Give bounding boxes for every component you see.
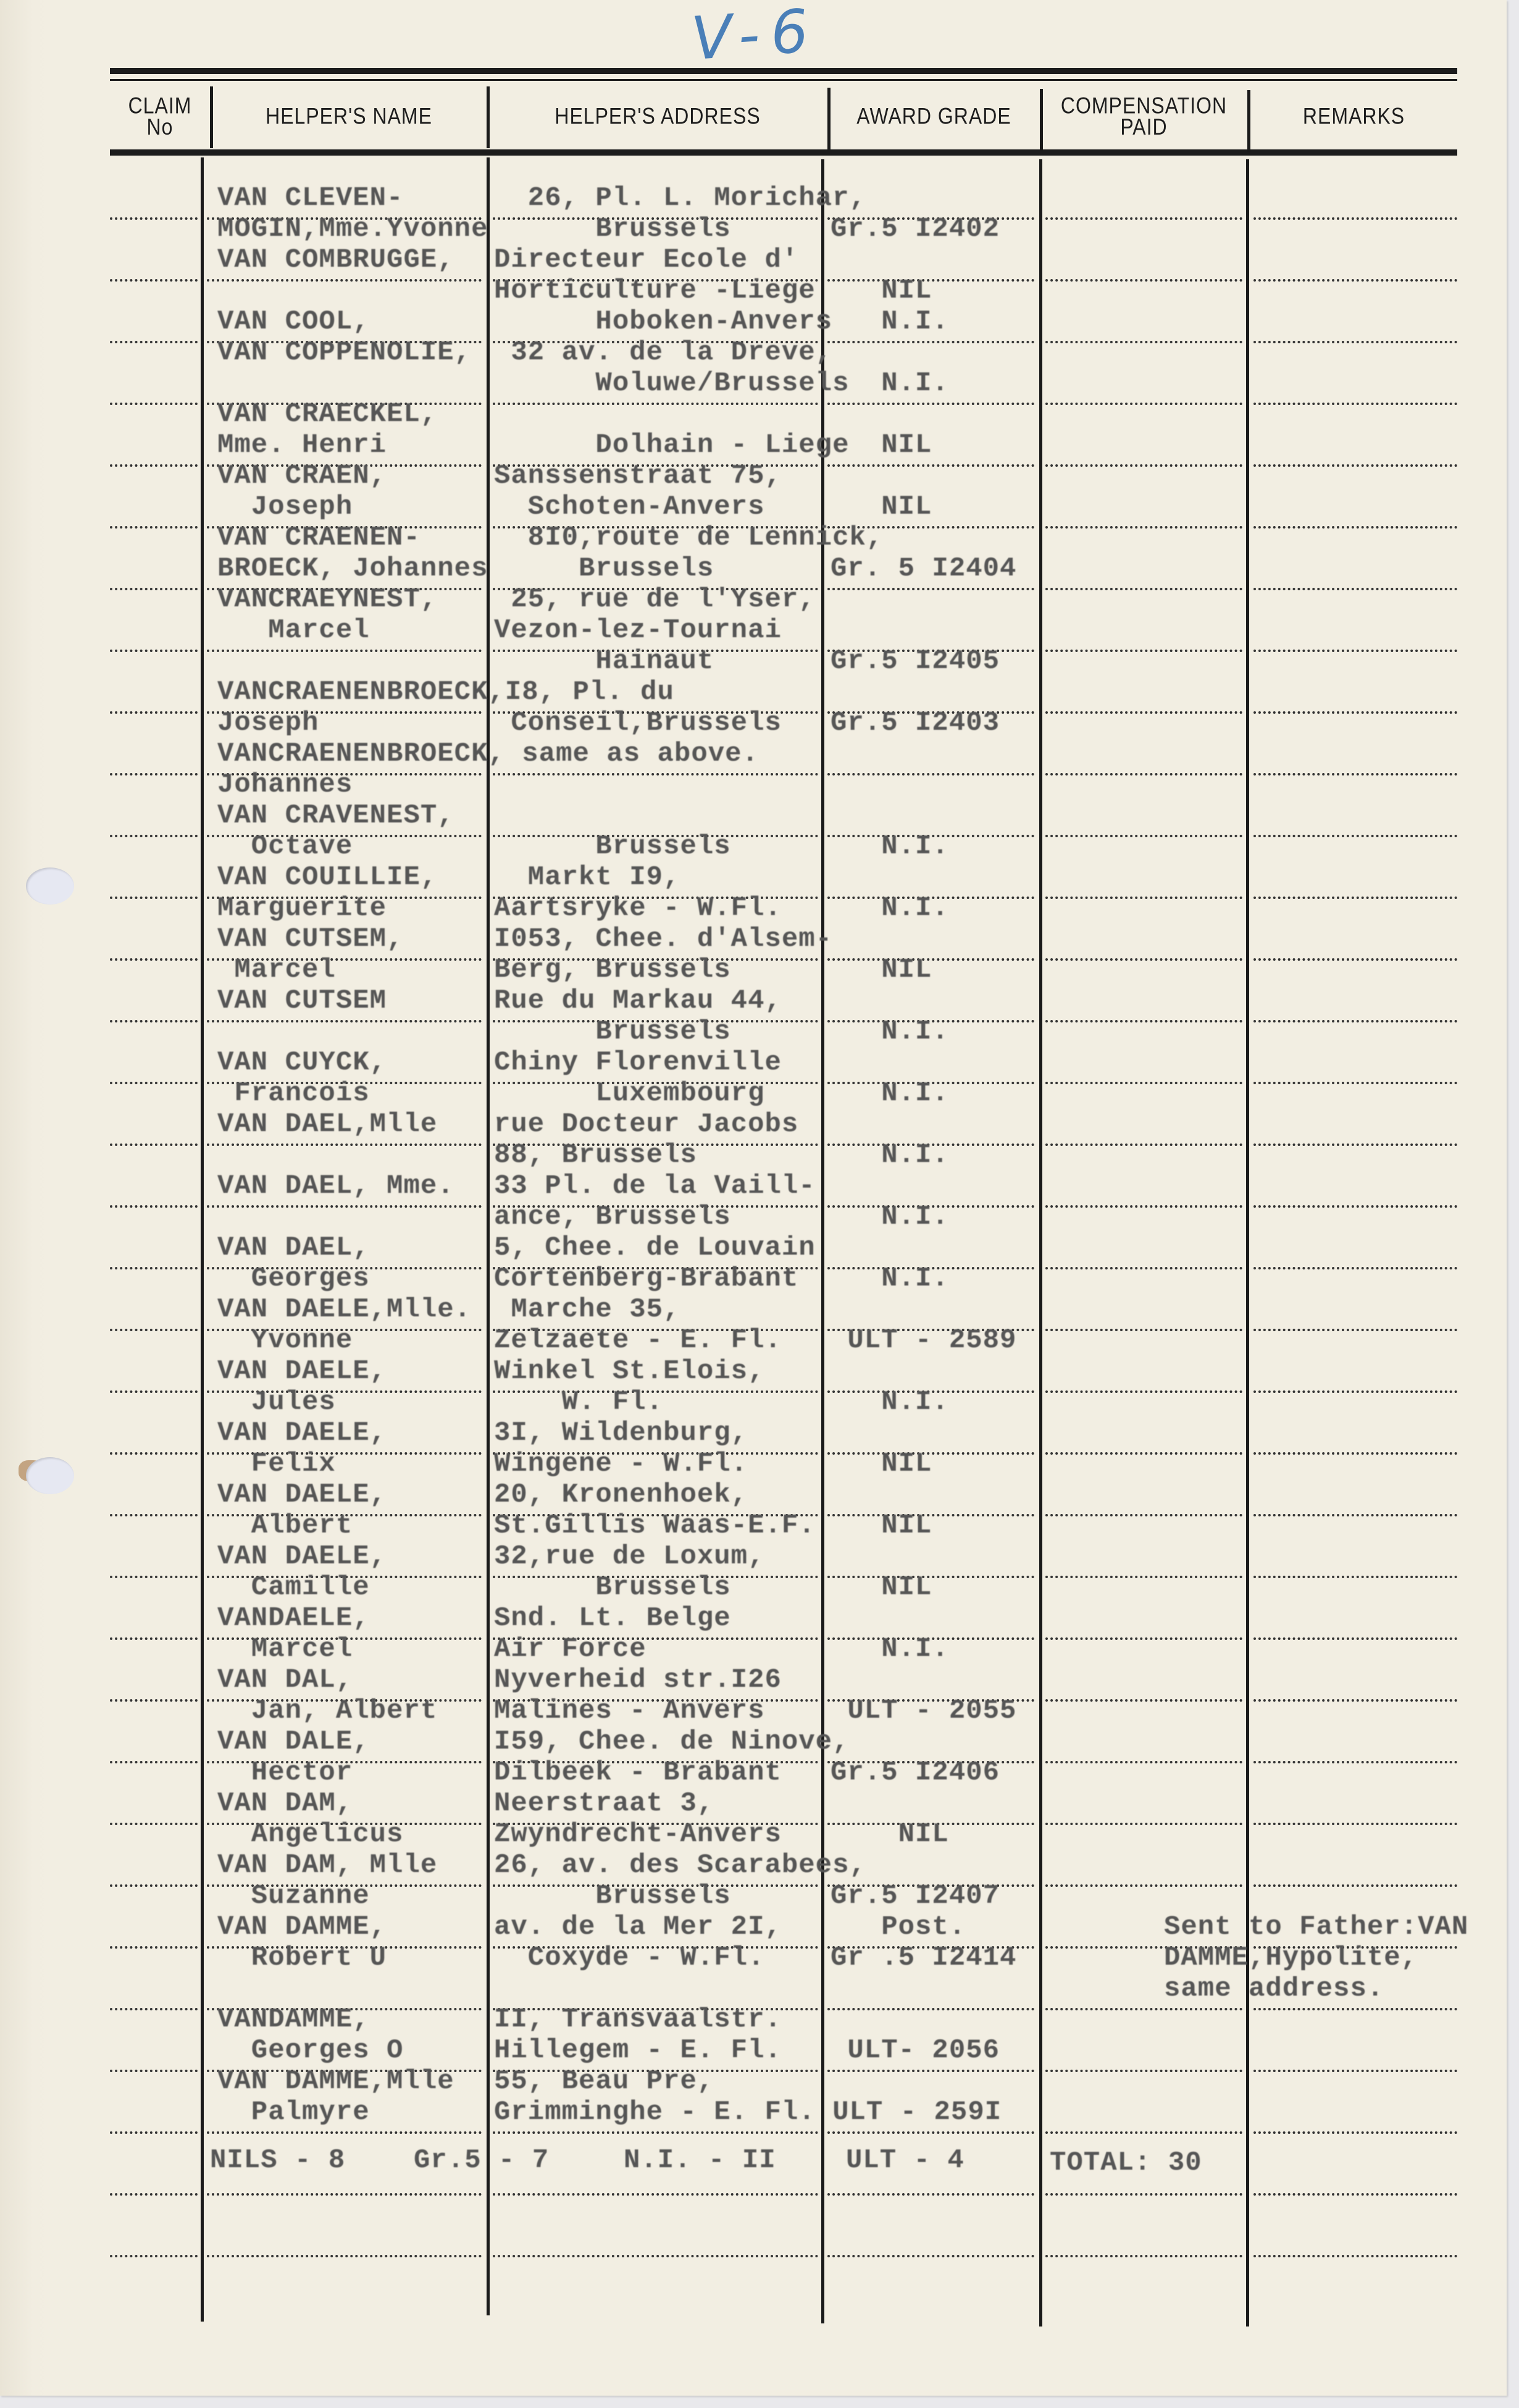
document-page: V-6 CLAIM No HELPER'S NAME HELPER'S ADDR…: [0, 0, 1507, 2396]
entry-award: Gr.5 I2407: [831, 1881, 1000, 1912]
dotted-rule: [827, 588, 1034, 590]
entry-name: VANDAMME,: [217, 2004, 370, 2035]
entry-address: 88, Brussels: [494, 1140, 697, 1171]
entry-name: Marcel: [217, 1634, 353, 1665]
entry-address: Zwyndrecht-Anvers: [494, 1819, 782, 1850]
dotted-rule: [1253, 279, 1457, 282]
dotted-rule: [1253, 773, 1457, 775]
col-header-award: AWARD GRADE: [831, 81, 1037, 152]
dotted-rule: [1253, 2070, 1457, 2072]
dotted-rule: [1045, 464, 1242, 467]
entry-name: VANDAELE,: [217, 1603, 370, 1634]
dotted-rule: [110, 1884, 198, 1887]
entry-address: Hillegem - E. Fl.: [494, 2035, 782, 2066]
entry-name: Felix: [217, 1449, 336, 1479]
entry-address: 26, Pl. L. Morichar,: [494, 183, 866, 214]
entry-name: Palmyre: [217, 2097, 370, 2128]
entry-remarks: DAMME,Hypolite,: [1164, 1942, 1418, 1973]
entry-name: Francois: [217, 1078, 370, 1109]
dotted-rule: [1045, 897, 1242, 899]
entry-name: VAN CRAEN,: [217, 461, 387, 491]
punch-hole-bottom: [26, 1457, 74, 1494]
dotted-rule: [1045, 1514, 1242, 1516]
entry-address: Winkel St.Elois,: [494, 1356, 764, 1387]
entry-name: VAN DAEL, Mme.: [217, 1171, 454, 1202]
entry-address: Zelzaete - E. Fl.: [494, 1325, 782, 1356]
col-header-claim: CLAIM No: [110, 81, 210, 152]
entry-name: Mme. Henri: [217, 430, 387, 461]
entry-address: 26, av. des Scarabees,: [494, 1850, 866, 1881]
dotted-rule: [1045, 588, 1242, 590]
entry-name: VAN CRAECKEL,: [217, 399, 437, 430]
dotted-rule: [1045, 1823, 1242, 1825]
dotted-rule: [1253, 1143, 1457, 1146]
dotted-rule: [1045, 2008, 1242, 2010]
entry-address: Malines - Anvers: [494, 1695, 764, 1726]
entry-award: Gr.5 I2406: [831, 1757, 1000, 1788]
dotted-rule: [1253, 650, 1457, 652]
entry-name: Octave: [217, 831, 353, 862]
dotted-rule: [827, 2070, 1034, 2072]
dotted-rule: [1045, 2255, 1242, 2257]
header-divider: [1040, 89, 1043, 151]
dotted-rule: [110, 526, 198, 529]
dotted-rule: [1045, 1329, 1242, 1331]
dotted-rule: [110, 1514, 198, 1516]
entry-address: Directeur Ecole d': [494, 245, 798, 275]
header-divider: [1247, 90, 1250, 152]
entry-award: Gr.5 I2405: [831, 646, 1000, 677]
entry-name: VAN COUILLIE,: [217, 862, 437, 893]
dotted-rule: [207, 650, 482, 652]
total-gr5: Gr.5 - 7: [414, 2145, 549, 2176]
dotted-rule: [1253, 217, 1457, 220]
entry-name: VAN COPPENOLIE,: [217, 337, 471, 368]
entry-name: Joseph: [217, 491, 353, 522]
entry-address: Cortenberg-Brabant: [494, 1263, 798, 1294]
entry-award: N.I.: [831, 1634, 949, 1665]
dotted-rule: [110, 773, 198, 775]
total-ult: ULT - 4: [846, 2145, 965, 2176]
entry-address: Brussels: [494, 1572, 731, 1603]
dotted-rule: [110, 1576, 198, 1578]
dotted-rule: [1045, 1637, 1242, 1640]
entry-name: VAN DAM,: [217, 1788, 353, 1819]
entry-award: NIL: [831, 275, 932, 306]
entry-address: Nyverheid str.I26: [494, 1665, 782, 1695]
paper-edge-shading: [0, 0, 56, 2396]
entry-award: NIL: [831, 1449, 932, 1479]
dotted-rule: [110, 1143, 198, 1146]
entry-address: rue Docteur Jacobs: [494, 1109, 798, 1140]
entry-address: Brussels: [494, 1016, 731, 1047]
entry-award: NIL: [831, 1510, 932, 1541]
handwritten-page-number: V-6: [689, 0, 821, 73]
entry-address: Schoten-Anvers: [494, 491, 764, 522]
dotted-rule: [1045, 650, 1242, 652]
dotted-rule: [1045, 1267, 1242, 1269]
entry-name: Jan, Albert: [217, 1695, 437, 1726]
dotted-rule: [1253, 1637, 1457, 1640]
entry-address: 55, Beau Pre,: [494, 2066, 714, 2097]
entry-remarks: Sent to Father:VAN: [1164, 1912, 1468, 1942]
col-header-address: HELPER'S ADDRESS: [491, 81, 824, 152]
entry-address: 32 av. de la Dreve,: [494, 337, 832, 368]
entry-address: 3I, Wildenburg,: [494, 1418, 748, 1449]
entry-name: Angelicus: [217, 1819, 403, 1850]
entry-name: VAN CUTSEM: [217, 985, 387, 1016]
dotted-rule: [110, 588, 198, 590]
dotted-rule: [1253, 1884, 1457, 1887]
dotted-rule: [1253, 403, 1457, 405]
entry-address: Air Force: [494, 1634, 647, 1665]
entry-address: Snd. Lt. Belge: [494, 1603, 731, 1634]
dotted-rule: [1045, 1205, 1242, 1208]
dotted-rule: [1045, 1020, 1242, 1022]
entry-name: VAN DAMME,: [217, 1912, 387, 1942]
dotted-rule: [110, 650, 198, 652]
dotted-rule: [827, 773, 1034, 775]
dotted-rule: [493, 2255, 818, 2257]
dotted-rule: [207, 2131, 482, 2134]
body-divider-claim-name: [201, 157, 204, 2322]
entry-address: Luxembourg: [494, 1078, 764, 1109]
dotted-rule: [110, 1761, 198, 1763]
entry-address: Neerstraat 3,: [494, 1788, 714, 1819]
entry-name: Camille: [217, 1572, 370, 1603]
entry-address: Brussels: [494, 831, 731, 862]
dotted-rule: [827, 2008, 1034, 2010]
entry-address: I59, Chee. de Ninove,: [494, 1726, 850, 1757]
dotted-rule: [1045, 403, 1242, 405]
entry-award: N.I.: [831, 1140, 949, 1171]
dotted-rule: [493, 2131, 818, 2134]
entry-name: VAN DALE,: [217, 1726, 370, 1757]
entry-address: Woluwe/Brussels: [494, 368, 850, 399]
entry-address: Dilbeek - Brabant: [494, 1757, 782, 1788]
entry-address: Hainaut: [494, 646, 714, 677]
entry-name: VAN DAELE,: [217, 1479, 387, 1510]
entry-name: VANCRAENENBROECK, same as above.: [217, 738, 759, 769]
dotted-rule: [1045, 526, 1242, 529]
entry-address: Vezon-lez-Tournai: [494, 615, 782, 646]
dotted-rule: [827, 341, 1034, 343]
body-divider-name-address: [487, 157, 490, 2315]
entry-name: Jules: [217, 1387, 336, 1418]
entry-address: Wingene - W.Fl.: [494, 1449, 748, 1479]
entry-award: N.I.: [831, 1202, 949, 1232]
entry-address: 20, Kronenhoek,: [494, 1479, 748, 1510]
dotted-rule: [1253, 588, 1457, 590]
entry-address: Aartsryke - W.Fl.: [494, 893, 782, 924]
dotted-rule: [207, 1205, 482, 1208]
dotted-rule: [110, 2008, 198, 2010]
dotted-rule: [1253, 1020, 1457, 1022]
dotted-rule: [1045, 2070, 1242, 2072]
dotted-rule: [1253, 341, 1457, 343]
entry-remarks: same address.: [1164, 1973, 1384, 2004]
entry-name: VAN CRAVENEST,: [217, 800, 454, 831]
entry-award: NIL: [831, 1572, 932, 1603]
entry-name: Yvonne: [217, 1325, 353, 1356]
entry-name: Suzanne: [217, 1881, 370, 1912]
dotted-rule: [1253, 2131, 1457, 2134]
entry-award: Post.: [831, 1912, 966, 1942]
col-header-remarks: REMARKS: [1250, 81, 1457, 152]
dotted-rule: [1253, 958, 1457, 961]
entry-address: Brussels: [494, 214, 731, 245]
entry-name: Joseph: [217, 708, 319, 738]
entry-award: Gr. 5 I2404: [831, 553, 1016, 584]
dotted-rule: [110, 1020, 198, 1022]
body-divider-address-award: [821, 159, 824, 2323]
entry-award: N.I.: [831, 368, 949, 399]
dotted-rule: [110, 2255, 198, 2257]
entry-address: Marche 35,: [494, 1294, 680, 1325]
entry-award: NIL: [831, 1819, 949, 1850]
dotted-rule: [1045, 1576, 1242, 1578]
entry-name: VAN COOL,: [217, 306, 370, 337]
dotted-rule: [1253, 526, 1457, 529]
entry-award: ULT - 2589: [831, 1325, 1016, 1356]
entry-name: BROECK, Johannes: [217, 553, 488, 584]
entry-award: Gr .5 I2414: [831, 1942, 1016, 1973]
entry-award: Gr.5 I2402: [831, 214, 1000, 245]
header-top-thick-rule: [110, 68, 1457, 74]
dotted-rule: [110, 464, 198, 467]
entry-address: Brussels: [494, 553, 714, 584]
entry-name: VANCRAENENBROECK,I8, Pl. du: [217, 677, 674, 708]
dotted-rule: [110, 1823, 198, 1825]
entry-name: VAN COMBRUGGE,: [217, 245, 454, 275]
body-divider-award-comp: [1039, 159, 1042, 2326]
entry-address: Brussels: [494, 1881, 731, 1912]
entry-name: Marcel: [217, 615, 370, 646]
dotted-rule: [110, 897, 198, 899]
dotted-rule: [1253, 1452, 1457, 1455]
dotted-rule: [110, 1390, 198, 1393]
entry-name: VAN CUYCK,: [217, 1047, 387, 1078]
entry-address: Grimminghe - E. Fl. ULT - 259I: [494, 2097, 1002, 2128]
dotted-rule: [110, 1329, 198, 1331]
dotted-rule: [110, 2070, 198, 2072]
entry-name: Marguerite: [217, 893, 387, 924]
dotted-rule: [827, 2193, 1034, 2196]
entry-name: VAN DAELE,: [217, 1356, 387, 1387]
entry-name: MOGIN,Mme.Yvonne: [217, 214, 488, 245]
entry-award: ULT - 2055: [831, 1695, 1016, 1726]
dotted-rule: [827, 464, 1034, 467]
dotted-rule: [1045, 958, 1242, 961]
dotted-rule: [1045, 1143, 1242, 1146]
entry-award: N.I.: [831, 1263, 949, 1294]
entry-address: W. Fl.: [494, 1387, 663, 1418]
dotted-rule: [1253, 1514, 1457, 1516]
entry-name: Robert U: [217, 1942, 387, 1973]
dotted-rule: [493, 403, 818, 405]
entry-award: NIL: [831, 430, 932, 461]
entry-name: Marcel: [217, 955, 336, 985]
entry-award: N.I.: [831, 831, 949, 862]
entry-award: NIL: [831, 491, 932, 522]
entry-award: N.I.: [831, 1078, 949, 1109]
header-divider: [487, 86, 490, 148]
entry-address: 25, rue de l'Yser,: [494, 584, 816, 615]
total-ni: N.I. - II: [624, 2145, 776, 2176]
dotted-rule: [827, 2131, 1034, 2134]
dotted-rule: [1253, 464, 1457, 467]
dotted-rule: [110, 1082, 198, 1084]
dotted-rule: [1045, 1082, 1242, 1084]
entry-award: ULT- 2056: [831, 2035, 1000, 2066]
dotted-rule: [827, 2255, 1034, 2257]
entry-address: Markt I9,: [494, 862, 680, 893]
dotted-rule: [1045, 773, 1242, 775]
dotted-rule: [1045, 341, 1242, 343]
dotted-rule: [110, 1946, 198, 1949]
entry-address: I053, Chee. d'Alsem-: [494, 924, 832, 955]
entry-name: VAN DAELE,: [217, 1541, 387, 1572]
dotted-rule: [1045, 1884, 1242, 1887]
dotted-rule: [1045, 1452, 1242, 1455]
entry-award: N.I.: [831, 306, 949, 337]
dotted-rule: [1045, 2193, 1242, 2196]
dotted-rule: [1045, 711, 1242, 714]
dotted-rule: [1253, 1576, 1457, 1578]
entry-name: Georges: [217, 1263, 370, 1294]
dotted-rule: [207, 2255, 482, 2257]
dotted-rule: [1253, 835, 1457, 837]
dotted-rule: [110, 958, 198, 961]
dotted-rule: [110, 1205, 198, 1208]
entry-name: VANCRAEYNEST,: [217, 584, 437, 615]
dotted-rule: [1253, 1823, 1457, 1825]
dotted-rule: [207, 2193, 482, 2196]
entry-award: N.I.: [831, 1387, 949, 1418]
entry-name: VAN DAELE,Mlle.: [217, 1294, 471, 1325]
dotted-rule: [1253, 2008, 1457, 2010]
entry-name: Johannes: [217, 769, 353, 800]
dotted-rule: [1253, 1390, 1457, 1393]
dotted-rule: [110, 2193, 198, 2196]
dotted-rule: [1253, 2193, 1457, 2196]
dotted-rule: [1253, 1329, 1457, 1331]
col-header-name: HELPER'S NAME: [213, 81, 485, 152]
dotted-rule: [110, 341, 198, 343]
entry-address: ance, Brussels: [494, 1202, 731, 1232]
entry-award: NIL: [831, 955, 932, 985]
dotted-rule: [110, 217, 198, 220]
entry-address: St.Gillis Waas-E.F.: [494, 1510, 816, 1541]
dotted-rule: [1045, 835, 1242, 837]
dotted-rule: [1045, 217, 1242, 220]
header-divider: [827, 88, 831, 149]
entry-award: Gr.5 I2403: [831, 708, 1000, 738]
entry-name: VAN DAELE,: [217, 1418, 387, 1449]
dotted-rule: [493, 773, 818, 775]
entry-name: VAN DAEL,: [217, 1232, 370, 1263]
entry-address: 32,rue de Loxum,: [494, 1541, 764, 1572]
entry-award: N.I.: [831, 1016, 949, 1047]
entry-name: VAN DAL,: [217, 1665, 353, 1695]
dotted-rule: [1253, 1267, 1457, 1269]
entry-name: Hector: [217, 1757, 353, 1788]
col-header-compensation: COMPENSATION PAID: [1044, 81, 1244, 152]
dotted-rule: [1045, 2131, 1242, 2134]
dotted-rule: [827, 403, 1034, 405]
entry-name: VAN CLEVEN-: [217, 183, 403, 214]
entry-name: VAN CRAENEN-: [217, 522, 421, 553]
dotted-rule: [110, 835, 198, 837]
dotted-rule: [110, 403, 198, 405]
entry-name: VAN CUTSEM,: [217, 924, 403, 955]
total-count: TOTAL: 30: [1050, 2147, 1202, 2178]
dotted-rule: [1253, 1761, 1457, 1763]
header-divider: [210, 86, 213, 148]
dotted-rule: [1045, 1390, 1242, 1393]
dotted-rule: [207, 1020, 482, 1022]
dotted-rule: [1253, 1205, 1457, 1208]
entry-address: Hoboken-Anvers: [494, 306, 832, 337]
dotted-rule: [110, 279, 198, 282]
dotted-rule: [207, 1143, 482, 1146]
entry-address: Coxyde - W.Fl.: [494, 1942, 764, 1973]
punch-hole-top: [26, 867, 74, 905]
dotted-rule: [110, 1699, 198, 1702]
entry-address: Dolhain - Liege: [494, 430, 850, 461]
entry-address: 5, Chee. de Louvain: [494, 1232, 816, 1263]
entry-address: Sanssenstraat 75,: [494, 461, 782, 491]
dotted-rule: [207, 279, 482, 282]
dotted-rule: [1045, 279, 1242, 282]
entry-address: Chiny Florenville: [494, 1047, 782, 1078]
entry-name: Albert: [217, 1510, 353, 1541]
entry-address: 8I0,route de Lennick,: [494, 522, 883, 553]
dotted-rule: [493, 2193, 818, 2196]
dotted-rule: [110, 711, 198, 714]
entry-address: Rue du Markau 44,: [494, 985, 782, 1016]
total-nils: NILS - 8: [210, 2145, 345, 2176]
entry-award: N.I.: [831, 893, 949, 924]
dotted-rule: [110, 1637, 198, 1640]
dotted-rule: [1253, 897, 1457, 899]
entry-address: Berg, Brussels: [494, 955, 731, 985]
entry-name: VAN DAM, Mlle: [217, 1850, 437, 1881]
entry-address: av. de la Mer 2I,: [494, 1912, 782, 1942]
entry-name: VAN DAMME,Mlle: [217, 2066, 454, 2097]
dotted-rule: [1045, 1761, 1242, 1763]
dotted-rule: [1253, 2255, 1457, 2257]
entry-name: VAN DAEL,Mlle: [217, 1109, 437, 1140]
dotted-rule: [1253, 1082, 1457, 1084]
entry-address: Horticulture -Liege: [494, 275, 816, 306]
dotted-rule: [1253, 1699, 1457, 1702]
entry-address: 33 Pl. de la Vaill-: [494, 1171, 816, 1202]
entry-name: Georges O: [217, 2035, 403, 2066]
entry-address: Conseil,Brussels: [494, 708, 782, 738]
dotted-rule: [1045, 1699, 1242, 1702]
dotted-rule: [110, 2131, 198, 2134]
dotted-rule: [110, 1267, 198, 1269]
dotted-rule: [110, 1452, 198, 1455]
dotted-rule: [1253, 711, 1457, 714]
entry-address: II, Transvaalstr.: [494, 2004, 782, 2035]
